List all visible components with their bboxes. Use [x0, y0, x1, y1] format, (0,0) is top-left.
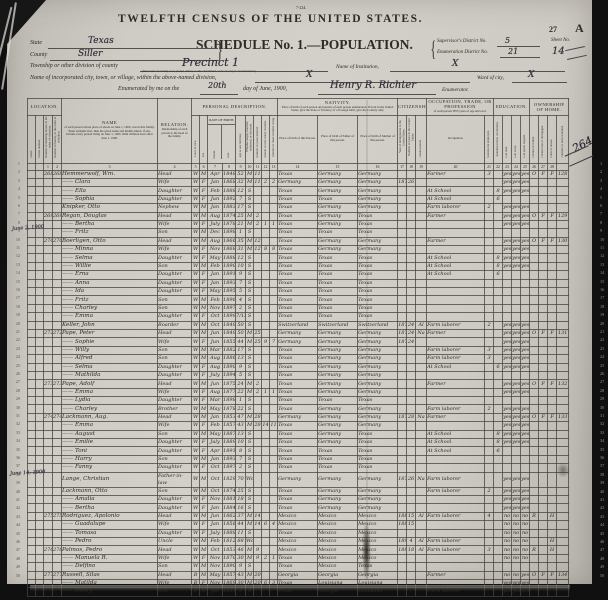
- column-number: 20: [427, 163, 485, 170]
- cell: [494, 178, 503, 186]
- cell: Oct: [208, 472, 223, 487]
- cell: [485, 563, 494, 571]
- cell: [407, 288, 416, 296]
- cell: [28, 187, 36, 195]
- cell: yes: [521, 204, 530, 212]
- cell: [530, 563, 539, 571]
- cell: [530, 187, 539, 195]
- cell: no: [512, 537, 521, 545]
- cell: W: [192, 204, 200, 212]
- cell: M: [200, 571, 208, 579]
- cell: 22: [236, 405, 246, 413]
- cell: [28, 246, 36, 254]
- cell: F: [200, 447, 208, 455]
- cell: 8: [270, 246, 278, 254]
- cell: 8: [262, 246, 270, 254]
- cell: [28, 212, 36, 220]
- cell: [416, 237, 427, 245]
- cell: [44, 537, 53, 545]
- cell: W: [192, 229, 200, 237]
- cell: M: [246, 380, 254, 388]
- cell: Aug: [208, 212, 223, 220]
- cell: [28, 262, 36, 270]
- cell: [254, 355, 262, 363]
- cell: Farmer: [427, 413, 485, 421]
- cell: 1882: [223, 346, 236, 354]
- cell: B: [192, 579, 200, 587]
- line-number: 20: [600, 320, 608, 328]
- cell: [548, 521, 557, 529]
- column-subheader: Number of farm schedule.: [557, 115, 569, 163]
- cell: [398, 204, 407, 212]
- column-subheader: Whether single, married, widowed, or div…: [246, 115, 254, 163]
- cell: yes: [503, 329, 512, 337]
- cell: Head: [158, 237, 192, 245]
- cell: [494, 579, 503, 587]
- cell: Texas: [278, 355, 318, 363]
- cell: [28, 288, 36, 296]
- cell: 2: [270, 178, 278, 186]
- cell: [494, 355, 503, 363]
- cell: 1891: [223, 447, 236, 455]
- cell: [254, 588, 262, 596]
- cell: 11: [270, 422, 278, 430]
- cell: Farmer: [427, 212, 485, 220]
- table-row: Lange, ChristianFather-in-lawWMOct182970…: [28, 472, 569, 487]
- cell: [485, 413, 494, 421]
- cell: [28, 254, 36, 262]
- cell: Texas: [278, 204, 318, 212]
- column-number: 14: [278, 163, 318, 170]
- cell: [262, 588, 270, 596]
- column-number: 27: [539, 163, 548, 170]
- cell: [53, 363, 62, 371]
- table-row: —— TomasaDaughterWFJuly188811STexasMexic…: [28, 529, 569, 537]
- cell: [485, 279, 494, 287]
- cell: [407, 170, 416, 178]
- column-subheader: Number of these children living.: [270, 115, 278, 163]
- cell: 28: [407, 413, 416, 421]
- cell: [503, 455, 512, 463]
- cell: yes: [503, 363, 512, 371]
- cell: 1896: [398, 537, 407, 545]
- cell: [36, 496, 44, 504]
- cell: [262, 170, 270, 178]
- cell: [407, 439, 416, 447]
- cell: Jan: [208, 504, 223, 512]
- cell: —— Toni: [62, 447, 158, 455]
- cell: Son: [158, 455, 192, 463]
- cell: Wd: [246, 472, 254, 487]
- cell: Germany: [318, 237, 358, 245]
- line-number: 23: [600, 345, 608, 353]
- cell: [494, 279, 503, 287]
- cell: M: [200, 405, 208, 413]
- cell: R: [530, 512, 539, 520]
- cell: 272: [53, 329, 62, 337]
- cell: 1890: [223, 363, 236, 371]
- cell: [557, 439, 569, 447]
- cell: [485, 371, 494, 379]
- cell: [557, 472, 569, 487]
- cell: [53, 388, 62, 396]
- cell: M: [200, 304, 208, 312]
- cell: Texas: [318, 397, 358, 405]
- cell: [270, 329, 278, 337]
- cell: [398, 405, 407, 413]
- line-number: 48: [600, 555, 608, 563]
- cell: [557, 338, 569, 346]
- cell: [485, 439, 494, 447]
- cell: 12: [254, 246, 262, 254]
- cell: 1853: [223, 413, 236, 421]
- cell: W: [192, 346, 200, 354]
- cell: [270, 288, 278, 296]
- cell: Wife: [158, 422, 192, 430]
- cell: [539, 546, 548, 554]
- cell: 6: [494, 363, 503, 371]
- cell: Texas: [278, 296, 318, 304]
- cell: [53, 254, 62, 262]
- line-number: 48: [10, 555, 20, 563]
- table-row: —— EmmaWifeWFFeb185743M281411TexasGerman…: [28, 422, 569, 430]
- cell: [494, 313, 503, 321]
- cell: [36, 371, 44, 379]
- cell: W: [192, 472, 200, 487]
- column-subheader: Naturalization.: [416, 115, 427, 163]
- cell: [530, 262, 539, 270]
- cell: [44, 288, 53, 296]
- cell: Wife: [158, 388, 192, 396]
- cell: Mexico: [358, 521, 398, 529]
- cell: F: [548, 212, 557, 220]
- cell: [416, 579, 427, 587]
- cell: [53, 304, 62, 312]
- cell: [494, 537, 503, 545]
- cell: [530, 496, 539, 504]
- line-number: 50: [10, 572, 20, 580]
- cell: Germany: [318, 430, 358, 438]
- cell: [398, 504, 407, 512]
- cell: W: [192, 405, 200, 413]
- cell: yes: [521, 439, 530, 447]
- cell: [548, 504, 557, 512]
- cell: [427, 220, 485, 228]
- cell: [485, 220, 494, 228]
- cell: [427, 464, 485, 472]
- cell: [494, 388, 503, 396]
- cell: [557, 178, 569, 186]
- table-row: —— BerthaWifeWFJuly187821M211TexasGerman…: [28, 220, 569, 228]
- cell: [407, 296, 416, 304]
- cell: [28, 371, 36, 379]
- cell: [557, 363, 569, 371]
- cell: yes: [512, 588, 521, 596]
- cell: Germany: [358, 338, 398, 346]
- cell: [416, 246, 427, 254]
- cell: Jan: [208, 588, 223, 596]
- line-number: 13: [10, 261, 20, 269]
- cell: [407, 496, 416, 504]
- cell: W: [192, 329, 200, 337]
- cell: 2: [254, 220, 262, 228]
- cell: 2: [262, 178, 270, 186]
- cell: Texas: [278, 195, 318, 203]
- cell: [503, 304, 512, 312]
- cell: Farm laborer: [427, 512, 485, 520]
- cell: Wife: [158, 579, 192, 587]
- cell: W: [192, 363, 200, 371]
- cell: S: [246, 397, 254, 405]
- cell: [530, 254, 539, 262]
- cell: Texas: [278, 288, 318, 296]
- line-number: 44: [600, 521, 608, 529]
- cell: —— Emma: [62, 388, 158, 396]
- cell: Al: [416, 512, 427, 520]
- cell: [36, 512, 44, 520]
- cell: Germany: [318, 496, 358, 504]
- cell: Mar: [208, 397, 223, 405]
- cell: [548, 296, 557, 304]
- cell: 274: [44, 413, 53, 421]
- cell: 44: [236, 521, 246, 529]
- cell: F: [200, 195, 208, 203]
- cell: 21: [236, 220, 246, 228]
- cell: [512, 279, 521, 287]
- cell: [503, 229, 512, 237]
- cell: 2: [236, 464, 246, 472]
- cell: [416, 371, 427, 379]
- cell: Texas: [358, 220, 398, 228]
- cell: O: [530, 212, 539, 220]
- cell: yes: [503, 579, 512, 587]
- cell: —— August: [62, 430, 158, 438]
- cell: [270, 537, 278, 545]
- cell: Louisiana: [358, 579, 398, 587]
- cell: Father-in-law: [158, 472, 192, 487]
- cell: Apr: [208, 170, 223, 178]
- cell: yes: [521, 363, 530, 371]
- cell: [270, 413, 278, 421]
- cell: [270, 237, 278, 245]
- cell: 88: [236, 537, 246, 545]
- cell: Germany: [318, 388, 358, 396]
- cell: [270, 212, 278, 220]
- cell: At School: [427, 195, 485, 203]
- line-number: 8: [600, 219, 608, 227]
- line-number: 29: [10, 395, 20, 403]
- line-number: 2: [600, 168, 608, 176]
- cell: [548, 313, 557, 321]
- cell: [270, 529, 278, 537]
- cell: 8: [494, 439, 503, 447]
- cell: [53, 220, 62, 228]
- cell: M: [246, 237, 254, 245]
- cell: [44, 296, 53, 304]
- cell: [557, 496, 569, 504]
- cell: yes: [512, 496, 521, 504]
- cell: Daughter: [158, 254, 192, 262]
- cell: [416, 288, 427, 296]
- enumerator-label: Enumerator.: [442, 87, 469, 93]
- column-number: 28: [548, 163, 557, 170]
- cell: Texas: [278, 380, 318, 388]
- cell: M: [200, 237, 208, 245]
- cell: S: [246, 204, 254, 212]
- cell: [416, 447, 427, 455]
- cell: Farm laborer: [427, 204, 485, 212]
- cell: Texas: [278, 529, 318, 537]
- cell: [254, 504, 262, 512]
- cell: yes: [521, 422, 530, 430]
- cell: Son: [158, 563, 192, 571]
- cell: [539, 430, 548, 438]
- cell: 2: [254, 380, 262, 388]
- cell: Texas: [318, 313, 358, 321]
- cell: 3: [485, 346, 494, 354]
- cell: [539, 563, 548, 571]
- cell: yes: [521, 430, 530, 438]
- cell: [407, 212, 416, 220]
- cell: [539, 521, 548, 529]
- cell: [530, 178, 539, 186]
- cell: —— Emma: [62, 422, 158, 430]
- cell: [254, 262, 262, 270]
- cell: yes: [521, 246, 530, 254]
- cell: [539, 371, 548, 379]
- cell: [485, 579, 494, 587]
- cell: [407, 397, 416, 405]
- cell: W: [192, 246, 200, 254]
- cell: W: [192, 554, 200, 562]
- cell: [530, 397, 539, 405]
- cell: [398, 529, 407, 537]
- column-number: 23: [503, 163, 512, 170]
- cell: [503, 313, 512, 321]
- cell: [28, 422, 36, 430]
- cell: [557, 220, 569, 228]
- cell: W: [192, 504, 200, 512]
- cell: [44, 271, 53, 279]
- cell: [427, 554, 485, 562]
- cell: yes: [503, 254, 512, 262]
- cell: [254, 204, 262, 212]
- cell: [254, 439, 262, 447]
- cell: [28, 521, 36, 529]
- cell: F: [200, 313, 208, 321]
- cell: [485, 588, 494, 596]
- cell: [262, 447, 270, 455]
- cell: [539, 271, 548, 279]
- cell: [427, 529, 485, 537]
- cell: yes: [521, 170, 530, 178]
- cell: [530, 472, 539, 487]
- cell: S: [246, 487, 254, 495]
- cell: Switzerland: [358, 321, 398, 329]
- cell: 10: [236, 262, 246, 270]
- cell: S: [246, 405, 254, 413]
- cell: [530, 537, 539, 545]
- column-subheader: Number of years married.: [254, 115, 262, 163]
- institution-label: Name of Institution,: [336, 64, 379, 70]
- cell: [36, 455, 44, 463]
- cell: 5: [236, 288, 246, 296]
- cell: [548, 279, 557, 287]
- cell: [262, 329, 270, 337]
- line-number: 12: [600, 252, 608, 260]
- cell: M: [200, 170, 208, 178]
- cell: Lackmann, Otto: [62, 487, 158, 495]
- cell: 4: [407, 537, 416, 545]
- cell: [548, 246, 557, 254]
- cell: [530, 321, 539, 329]
- cell: [44, 220, 53, 228]
- cell: F: [200, 371, 208, 379]
- cell: Nov: [208, 554, 223, 562]
- cell: yes: [521, 262, 530, 270]
- cell: W: [192, 464, 200, 472]
- line-number: 29: [600, 395, 608, 403]
- cell: 20: [254, 579, 262, 587]
- cell: M: [200, 321, 208, 329]
- cell: [548, 254, 557, 262]
- cell: F: [539, 237, 548, 245]
- column-subheader: Can read.: [503, 115, 512, 163]
- cell: [53, 279, 62, 287]
- line-number: 36: [10, 454, 20, 462]
- ward-value: X: [528, 70, 534, 80]
- cell: Feb: [208, 296, 223, 304]
- cell: [530, 504, 539, 512]
- cell: F: [200, 220, 208, 228]
- cell: [530, 430, 539, 438]
- cell: Germany: [318, 220, 358, 228]
- line-number: 40: [600, 488, 608, 496]
- line-number: 20: [10, 320, 20, 328]
- cell: 1853: [223, 546, 236, 554]
- cell: Feb: [208, 422, 223, 430]
- cell: [270, 296, 278, 304]
- table-row: —— SophieWifeWFJun185544M2597GermanyGerm…: [28, 338, 569, 346]
- line-number: 14: [600, 269, 608, 277]
- cell: [270, 187, 278, 195]
- cell: [548, 262, 557, 270]
- cell: [270, 504, 278, 512]
- table-row: —— Manuela R.WifeWFNov187030M921TexasMex…: [28, 554, 569, 562]
- cell: [28, 313, 36, 321]
- cell: Farmer: [427, 380, 485, 388]
- cell: [270, 346, 278, 354]
- cell: [407, 237, 416, 245]
- cell: [270, 355, 278, 363]
- cell: [503, 371, 512, 379]
- cell: W: [192, 279, 200, 287]
- cell: May: [208, 254, 223, 262]
- cell: yes: [503, 439, 512, 447]
- cell: [407, 271, 416, 279]
- cell: [270, 229, 278, 237]
- cell: [53, 296, 62, 304]
- cell: 1878: [223, 220, 236, 228]
- cell: [407, 529, 416, 537]
- cell: [407, 220, 416, 228]
- cell: [44, 563, 53, 571]
- cell: [262, 304, 270, 312]
- cell: [427, 338, 485, 346]
- cell: [407, 254, 416, 262]
- cell: [494, 529, 503, 537]
- cell: [548, 371, 557, 379]
